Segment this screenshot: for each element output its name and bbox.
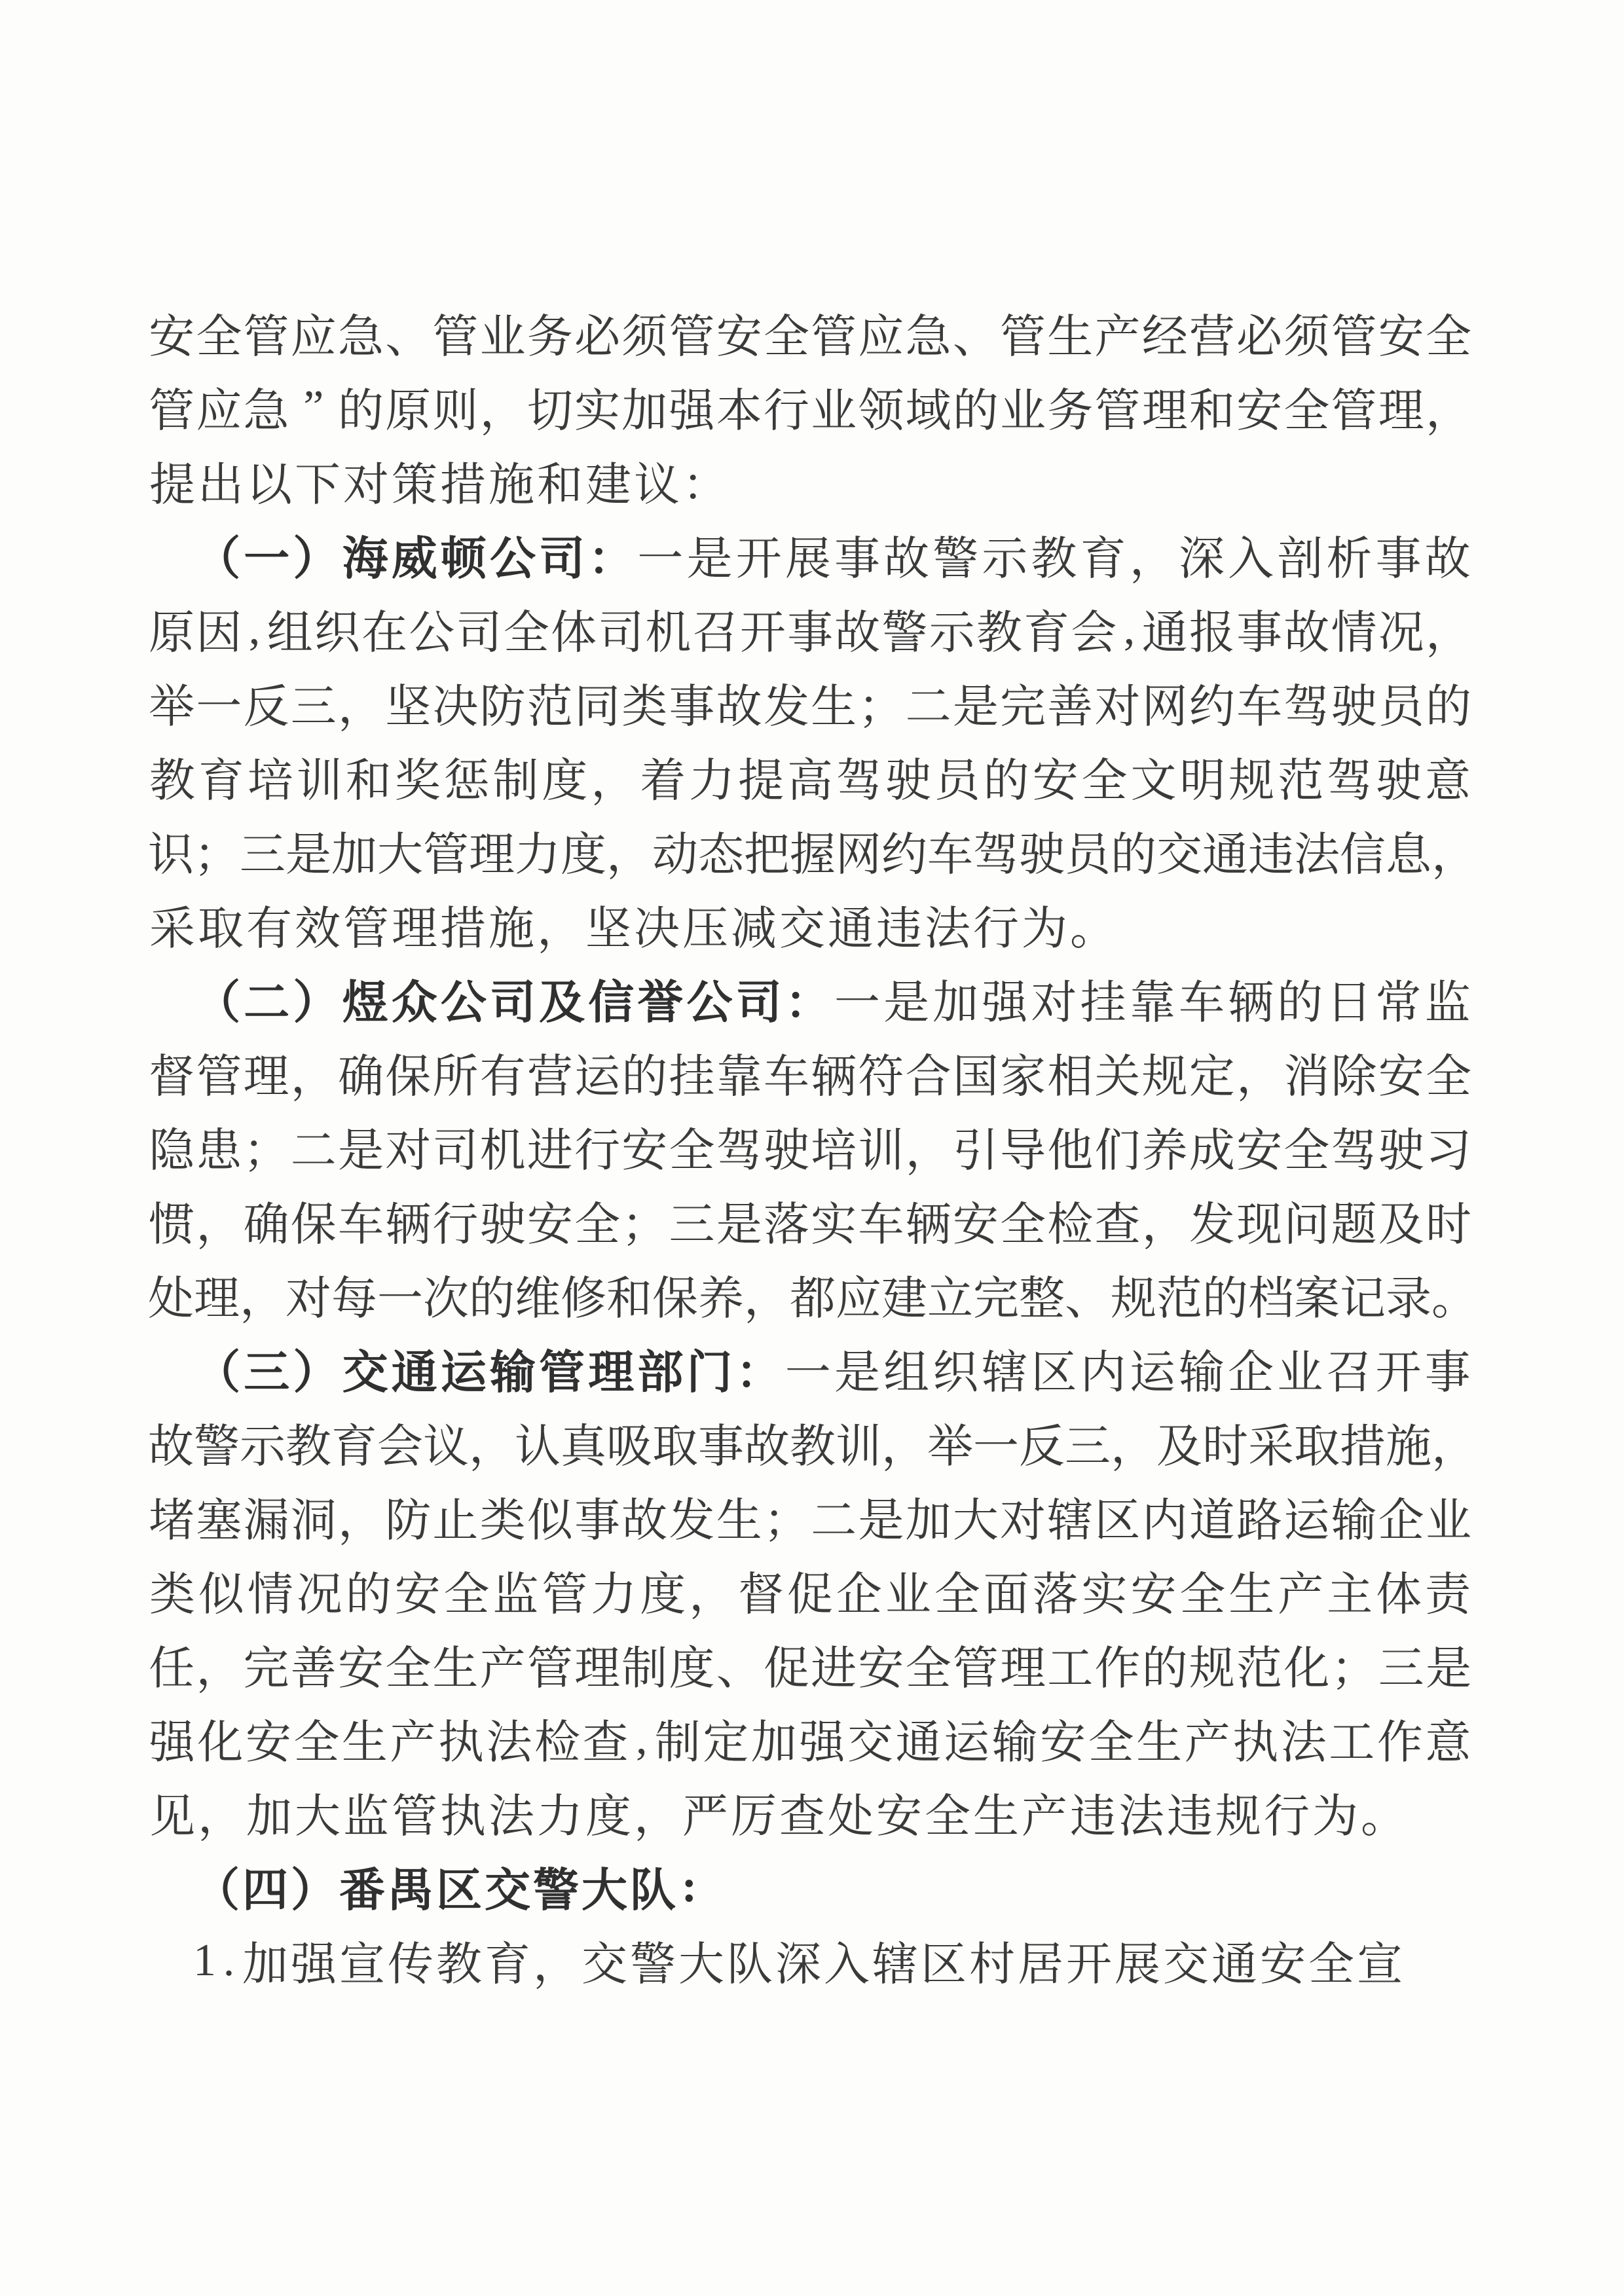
char: 检: [1046, 1188, 1094, 1254]
char: 行: [1263, 1779, 1311, 1846]
char: 记: [1340, 1262, 1386, 1328]
text-line-17: 堵塞漏洞，防止类似事故发生；二是加大对辖区内道路运输企业: [148, 1480, 1472, 1554]
char: 主: [1325, 1558, 1374, 1624]
char: 是: [686, 522, 734, 588]
char: 队: [726, 1927, 774, 1994]
char: 检: [533, 1705, 581, 1772]
char: 握: [790, 818, 836, 884]
char: 交: [580, 1927, 629, 1994]
char: 故: [1283, 596, 1330, 662]
char: 法: [487, 1779, 536, 1846]
document-body: 安全管应急、管业务必须管安全管应急、管生产经营必须管安全管应急”的原则，切实加强…: [148, 296, 1472, 1997]
char: 驶: [1378, 1114, 1425, 1180]
char: 规: [1141, 1040, 1189, 1106]
char: 管: [1330, 300, 1377, 366]
char: 消: [1283, 1040, 1330, 1106]
char: 召: [1325, 1336, 1373, 1402]
char: 生: [1135, 1705, 1183, 1772]
char: 企: [1227, 1336, 1275, 1402]
char: 业: [1276, 1336, 1324, 1402]
char: ，: [1431, 1410, 1477, 1476]
text-line-9: 采取有效管理措施，坚决压减交通违法行为。: [148, 888, 1472, 962]
char: 入: [822, 1927, 871, 1994]
char: 是: [833, 1336, 881, 1402]
char: 信: [587, 966, 635, 1032]
char: 众: [390, 966, 439, 1032]
char: 违: [1069, 1779, 1117, 1846]
char: 对: [999, 1484, 1046, 1550]
char: 体: [550, 596, 597, 662]
char: 举: [148, 670, 195, 736]
char: ，: [633, 1779, 681, 1846]
char: 组: [267, 596, 314, 662]
char: 故: [882, 522, 931, 588]
char: 对: [384, 1114, 432, 1180]
char: 运: [1283, 1484, 1330, 1550]
char: 养: [698, 1262, 744, 1328]
char: 的: [469, 1262, 515, 1328]
char: 及: [538, 966, 586, 1032]
char: ；: [857, 670, 904, 736]
char: 的: [1202, 1262, 1248, 1328]
char: 事: [1375, 522, 1423, 588]
char: 一: [833, 966, 881, 1032]
char: 安: [1236, 374, 1283, 440]
char: 约: [1189, 670, 1236, 736]
char: ，: [1425, 374, 1472, 440]
char: 事: [786, 596, 834, 662]
char: 监: [342, 1779, 390, 1846]
char: 国: [952, 1040, 999, 1106]
char: ；: [621, 1188, 668, 1254]
char: ；: [763, 1484, 810, 1550]
char: 会: [377, 1410, 423, 1476]
char: ，: [469, 1410, 515, 1476]
char: 类: [621, 670, 668, 736]
char: 驾: [1330, 1114, 1377, 1180]
char: 员: [933, 744, 982, 810]
char: 区: [919, 1927, 968, 1994]
char: 司: [538, 522, 586, 588]
char: 管: [526, 1631, 574, 1698]
char: 厉: [729, 1779, 778, 1846]
char: 网: [836, 818, 881, 884]
char: 反: [1019, 1410, 1065, 1476]
char: 录: [1386, 1262, 1431, 1328]
char: 宣: [1356, 1927, 1404, 1994]
char: 度: [561, 818, 606, 884]
char: 惩: [443, 744, 491, 810]
char: 理: [574, 1631, 621, 1698]
char: 机: [479, 1114, 526, 1180]
char: ，: [905, 1114, 952, 1180]
char: 力: [688, 744, 736, 810]
char: ，: [744, 1262, 790, 1328]
char: 档: [1248, 1262, 1294, 1328]
char: 执: [437, 1705, 485, 1772]
char: 都: [790, 1262, 836, 1328]
text-line-21: 见，加大监管执法力度，严厉查处安全生产违法违规行为。: [148, 1776, 1472, 1850]
char: 应: [290, 300, 337, 366]
char: 采: [1248, 1410, 1294, 1476]
char: 业: [810, 374, 857, 440]
char: 理: [999, 1631, 1046, 1698]
char: 传: [386, 1927, 435, 1994]
char: 采: [148, 892, 196, 958]
char: 管: [148, 374, 195, 440]
char: 业: [999, 374, 1046, 440]
char: 一: [377, 1262, 423, 1328]
text-line-2: 管应急”的原则，切实加强本行业领域的业务管理和安全管理，: [148, 370, 1472, 444]
char: 决: [432, 670, 479, 736]
char: 通: [895, 1705, 943, 1772]
char: 完: [242, 1631, 289, 1698]
char: 是: [882, 966, 931, 1032]
char: 确: [337, 1040, 384, 1106]
char: 营: [1189, 300, 1236, 366]
char: 车: [337, 1188, 384, 1254]
char: 日: [1325, 966, 1373, 1032]
char: 是: [286, 818, 331, 884]
char: 是: [1425, 1631, 1472, 1698]
char: 辆: [384, 1188, 432, 1254]
char: 展: [1113, 1927, 1162, 1994]
char: 时: [1425, 1188, 1472, 1254]
char: 辆: [810, 1040, 857, 1106]
char: 析: [1325, 522, 1373, 588]
char: ）: [291, 522, 340, 588]
char: 教: [148, 744, 196, 810]
char: 区: [1030, 1336, 1079, 1402]
char: 行: [574, 1114, 621, 1180]
char: 全: [1178, 1558, 1227, 1624]
char: 法: [1117, 1779, 1166, 1846]
char: 驶: [763, 1114, 810, 1180]
char: 符: [857, 1040, 904, 1106]
char: 施: [487, 448, 536, 514]
char: 们: [1094, 1114, 1141, 1180]
char: 路: [1236, 1484, 1283, 1550]
char: 产: [1183, 1705, 1232, 1772]
char: 驶: [479, 1188, 526, 1254]
char: 企: [835, 1558, 883, 1624]
char: 靠: [716, 1040, 763, 1106]
char: 生: [432, 1631, 479, 1698]
char: 故: [1424, 522, 1472, 588]
char: 全: [1283, 374, 1330, 440]
char: 规: [1189, 1631, 1236, 1698]
char: 开: [739, 596, 786, 662]
char: 海: [341, 522, 390, 588]
char: 查: [1094, 1188, 1141, 1254]
char: 理: [469, 818, 515, 884]
char: 监: [491, 1558, 540, 1624]
char: 生: [716, 1484, 763, 1550]
char: 的: [621, 1040, 668, 1106]
char: 全: [195, 300, 242, 366]
char: 提: [737, 744, 785, 810]
text-line-10: （二）煜众公司及信誉公司：一是加强对挂靠车辆的日常监: [148, 962, 1472, 1036]
char: 事: [833, 522, 881, 588]
char: 关: [1094, 1040, 1141, 1106]
char: 执: [439, 1779, 487, 1846]
char: ，: [589, 744, 638, 810]
char: 全: [1425, 300, 1472, 366]
char: 输: [1330, 1484, 1377, 1550]
char: 违: [1166, 1779, 1214, 1846]
text-line-12: 隐患；二是对司机进行安全驾驶培训，引导他们养成安全驾驶习: [148, 1110, 1472, 1184]
char: 输: [1177, 1336, 1226, 1402]
char: 发: [763, 670, 810, 736]
char: 范: [1276, 744, 1325, 810]
char: 有: [245, 892, 293, 958]
char: 开: [1375, 1336, 1423, 1402]
char: ，: [606, 818, 652, 884]
char: 是: [716, 1188, 763, 1254]
char: 法: [923, 892, 972, 958]
char: 公: [408, 596, 455, 662]
char: 真: [561, 1410, 606, 1476]
char: 经: [1141, 300, 1189, 366]
char: 二: [810, 1484, 857, 1550]
char: 1: [193, 1935, 217, 1987]
char: 业: [884, 1558, 932, 1624]
char: 警: [931, 522, 980, 588]
char: （: [193, 522, 242, 588]
char: 促: [786, 1558, 834, 1624]
text-line-19: 任，完善安全生产管理制度、促进安全管理工作的规范化；三是: [148, 1628, 1472, 1702]
char: 誉: [636, 966, 684, 1032]
char: ，: [1128, 522, 1177, 588]
char: 员: [1378, 670, 1425, 736]
char: 通: [1141, 596, 1189, 662]
char: 相: [1046, 1040, 1094, 1106]
char: 育: [331, 1410, 377, 1476]
char: 三: [1378, 1631, 1425, 1698]
char: 管: [999, 300, 1046, 366]
char: 的: [344, 1558, 393, 1624]
char: 是: [337, 1114, 384, 1180]
char: 以: [245, 448, 293, 514]
char: 管: [668, 300, 715, 366]
char: 况: [1378, 596, 1425, 662]
text-line-15: （三）交通运输管理部门：一是组织辖区内运输企业召开事: [148, 1332, 1472, 1406]
char: 安: [1378, 1040, 1425, 1106]
char: 及: [1156, 1410, 1202, 1476]
char: 司: [455, 596, 502, 662]
char: 任: [148, 1631, 195, 1698]
char: 训: [836, 1410, 881, 1476]
char: 洞: [290, 1484, 337, 1550]
char: （: [193, 1853, 241, 1920]
char: 。: [1069, 892, 1117, 958]
char: 大: [677, 1927, 726, 1994]
char: 四: [241, 1853, 289, 1920]
char: 制: [621, 1631, 668, 1698]
char: 急: [905, 300, 952, 366]
text-line-22: （四）番禺区交警大队:: [148, 1850, 1472, 1923]
char: 压: [681, 892, 729, 958]
char: 辖: [871, 1927, 919, 1994]
char: 交: [778, 892, 826, 958]
char: 原: [148, 596, 195, 662]
char: 为: [1311, 1779, 1359, 1846]
char: 深: [774, 1927, 822, 1994]
char: 管: [540, 1558, 589, 1624]
char: 司: [597, 596, 644, 662]
char: 定: [1189, 1040, 1236, 1106]
char: 的: [952, 374, 999, 440]
char: 急: [337, 300, 384, 366]
char: 内: [1079, 1336, 1128, 1402]
char: 理: [1378, 374, 1425, 440]
char: 的: [1111, 818, 1156, 884]
char: 、: [384, 300, 432, 366]
char: 教: [286, 1410, 331, 1476]
char: 大: [377, 818, 423, 884]
char: 输: [489, 1336, 537, 1402]
char: ，: [881, 1410, 927, 1476]
char: 管: [538, 1336, 586, 1402]
char: 全: [293, 1705, 341, 1772]
char: 违: [875, 892, 923, 958]
char: ,: [629, 1713, 654, 1765]
char: 制: [654, 1705, 702, 1772]
char: 驶: [884, 744, 932, 810]
char: 建: [584, 448, 633, 514]
char: 实: [810, 1188, 857, 1254]
char: 安: [526, 1188, 574, 1254]
char: 展: [784, 522, 832, 588]
char: 议: [633, 448, 681, 514]
char: 每: [331, 1262, 377, 1328]
text-line-11: 督管理，确保所有营运的挂靠车辆符合国家相关规定，消除安全: [148, 1036, 1472, 1110]
char: 发: [668, 1484, 715, 1550]
char: 深: [1177, 522, 1226, 588]
char: 取: [196, 892, 245, 958]
char: 面: [982, 1558, 1031, 1624]
char: 全: [923, 1779, 972, 1846]
char: 识: [148, 818, 194, 884]
char: 的: [1276, 966, 1324, 1032]
char: 处: [826, 1779, 875, 1846]
text-line-16: 故警示教育会议，认真吸取事故教训，举一反三，及时采取措施，: [148, 1406, 1472, 1480]
char: 育: [483, 1927, 532, 1994]
char: 引: [952, 1114, 999, 1180]
char: 育: [197, 744, 246, 810]
char: 理: [390, 892, 439, 958]
char: 产: [389, 1705, 437, 1772]
text-line-23: 1.加强宣传教育，交警大队深入辖区村居开展交通安全宣: [148, 1923, 1472, 1997]
char: 公: [686, 966, 734, 1032]
char: 督: [737, 1558, 785, 1624]
char: 事: [1424, 1336, 1472, 1402]
char: 全: [1080, 744, 1129, 810]
char: 挂: [668, 1040, 715, 1106]
char: 交: [341, 1336, 390, 1402]
char: 故: [744, 1410, 790, 1476]
char: 产: [1276, 1558, 1325, 1624]
char: 安: [621, 1114, 668, 1180]
char: ：: [735, 1336, 783, 1402]
char: 落: [763, 1188, 810, 1254]
char: 事: [668, 670, 715, 736]
char: 违: [1248, 818, 1294, 884]
char: 理: [1141, 374, 1189, 440]
char: 生: [972, 1779, 1020, 1846]
char: 措: [1340, 1410, 1386, 1476]
char: 管: [342, 892, 390, 958]
char: 常: [1375, 966, 1423, 1032]
char: 产: [479, 1631, 526, 1698]
char: 管: [195, 1040, 242, 1106]
char: 力: [536, 1779, 584, 1846]
char: 。: [1359, 1779, 1408, 1846]
char: 网: [1141, 670, 1189, 736]
char: 管: [1330, 374, 1377, 440]
char: 管: [432, 300, 479, 366]
char: 育: [1079, 522, 1128, 588]
char: 对: [1030, 966, 1079, 1032]
char: 教: [1030, 522, 1079, 588]
char: 坚: [584, 892, 633, 958]
char: 输: [991, 1705, 1039, 1772]
char: 靠: [1128, 966, 1177, 1032]
char: ，: [1425, 596, 1472, 662]
char: 居: [1016, 1927, 1065, 1994]
char: 剖: [1276, 522, 1324, 588]
char: 对: [342, 448, 390, 514]
char: 保: [384, 1040, 432, 1106]
char: 进: [526, 1114, 574, 1180]
char: 大: [580, 1853, 629, 1920]
char: 提: [148, 448, 196, 514]
char: 约: [881, 818, 927, 884]
char: 体: [1375, 1558, 1423, 1624]
char: ,: [1117, 603, 1141, 655]
char: 息: [1386, 818, 1431, 884]
char: 的: [1425, 670, 1472, 736]
char: 门: [686, 1336, 734, 1402]
char: 督: [148, 1040, 195, 1106]
char: ，: [536, 892, 584, 958]
char: 成: [1189, 1114, 1236, 1180]
char: 运: [1128, 1336, 1177, 1402]
char: 道: [1189, 1484, 1236, 1550]
char: 管: [810, 300, 857, 366]
char: 三: [242, 1336, 291, 1402]
char: 教: [976, 596, 1023, 662]
char: 交: [483, 1853, 532, 1920]
char: 漏: [242, 1484, 289, 1550]
text-line-3: 提出以下对策措施和建议：: [148, 444, 1472, 518]
char: 和: [606, 1262, 652, 1328]
char: 通: [1202, 818, 1248, 884]
char: 处: [148, 1262, 194, 1328]
char: 促: [763, 1631, 810, 1698]
char: 、: [716, 1631, 763, 1698]
char: 和: [1189, 374, 1236, 440]
char: 全: [999, 1188, 1046, 1254]
char: 况: [295, 1558, 344, 1624]
char: 事: [698, 1410, 744, 1476]
char: 是: [952, 670, 999, 736]
char: 保: [290, 1188, 337, 1254]
char: 教: [790, 1410, 836, 1476]
char: 维: [515, 1262, 561, 1328]
text-line-6: 举一反三，坚决防范同类事故发生；二是完善对网约车驾驶员的: [148, 666, 1472, 740]
char: 全: [384, 1631, 432, 1698]
